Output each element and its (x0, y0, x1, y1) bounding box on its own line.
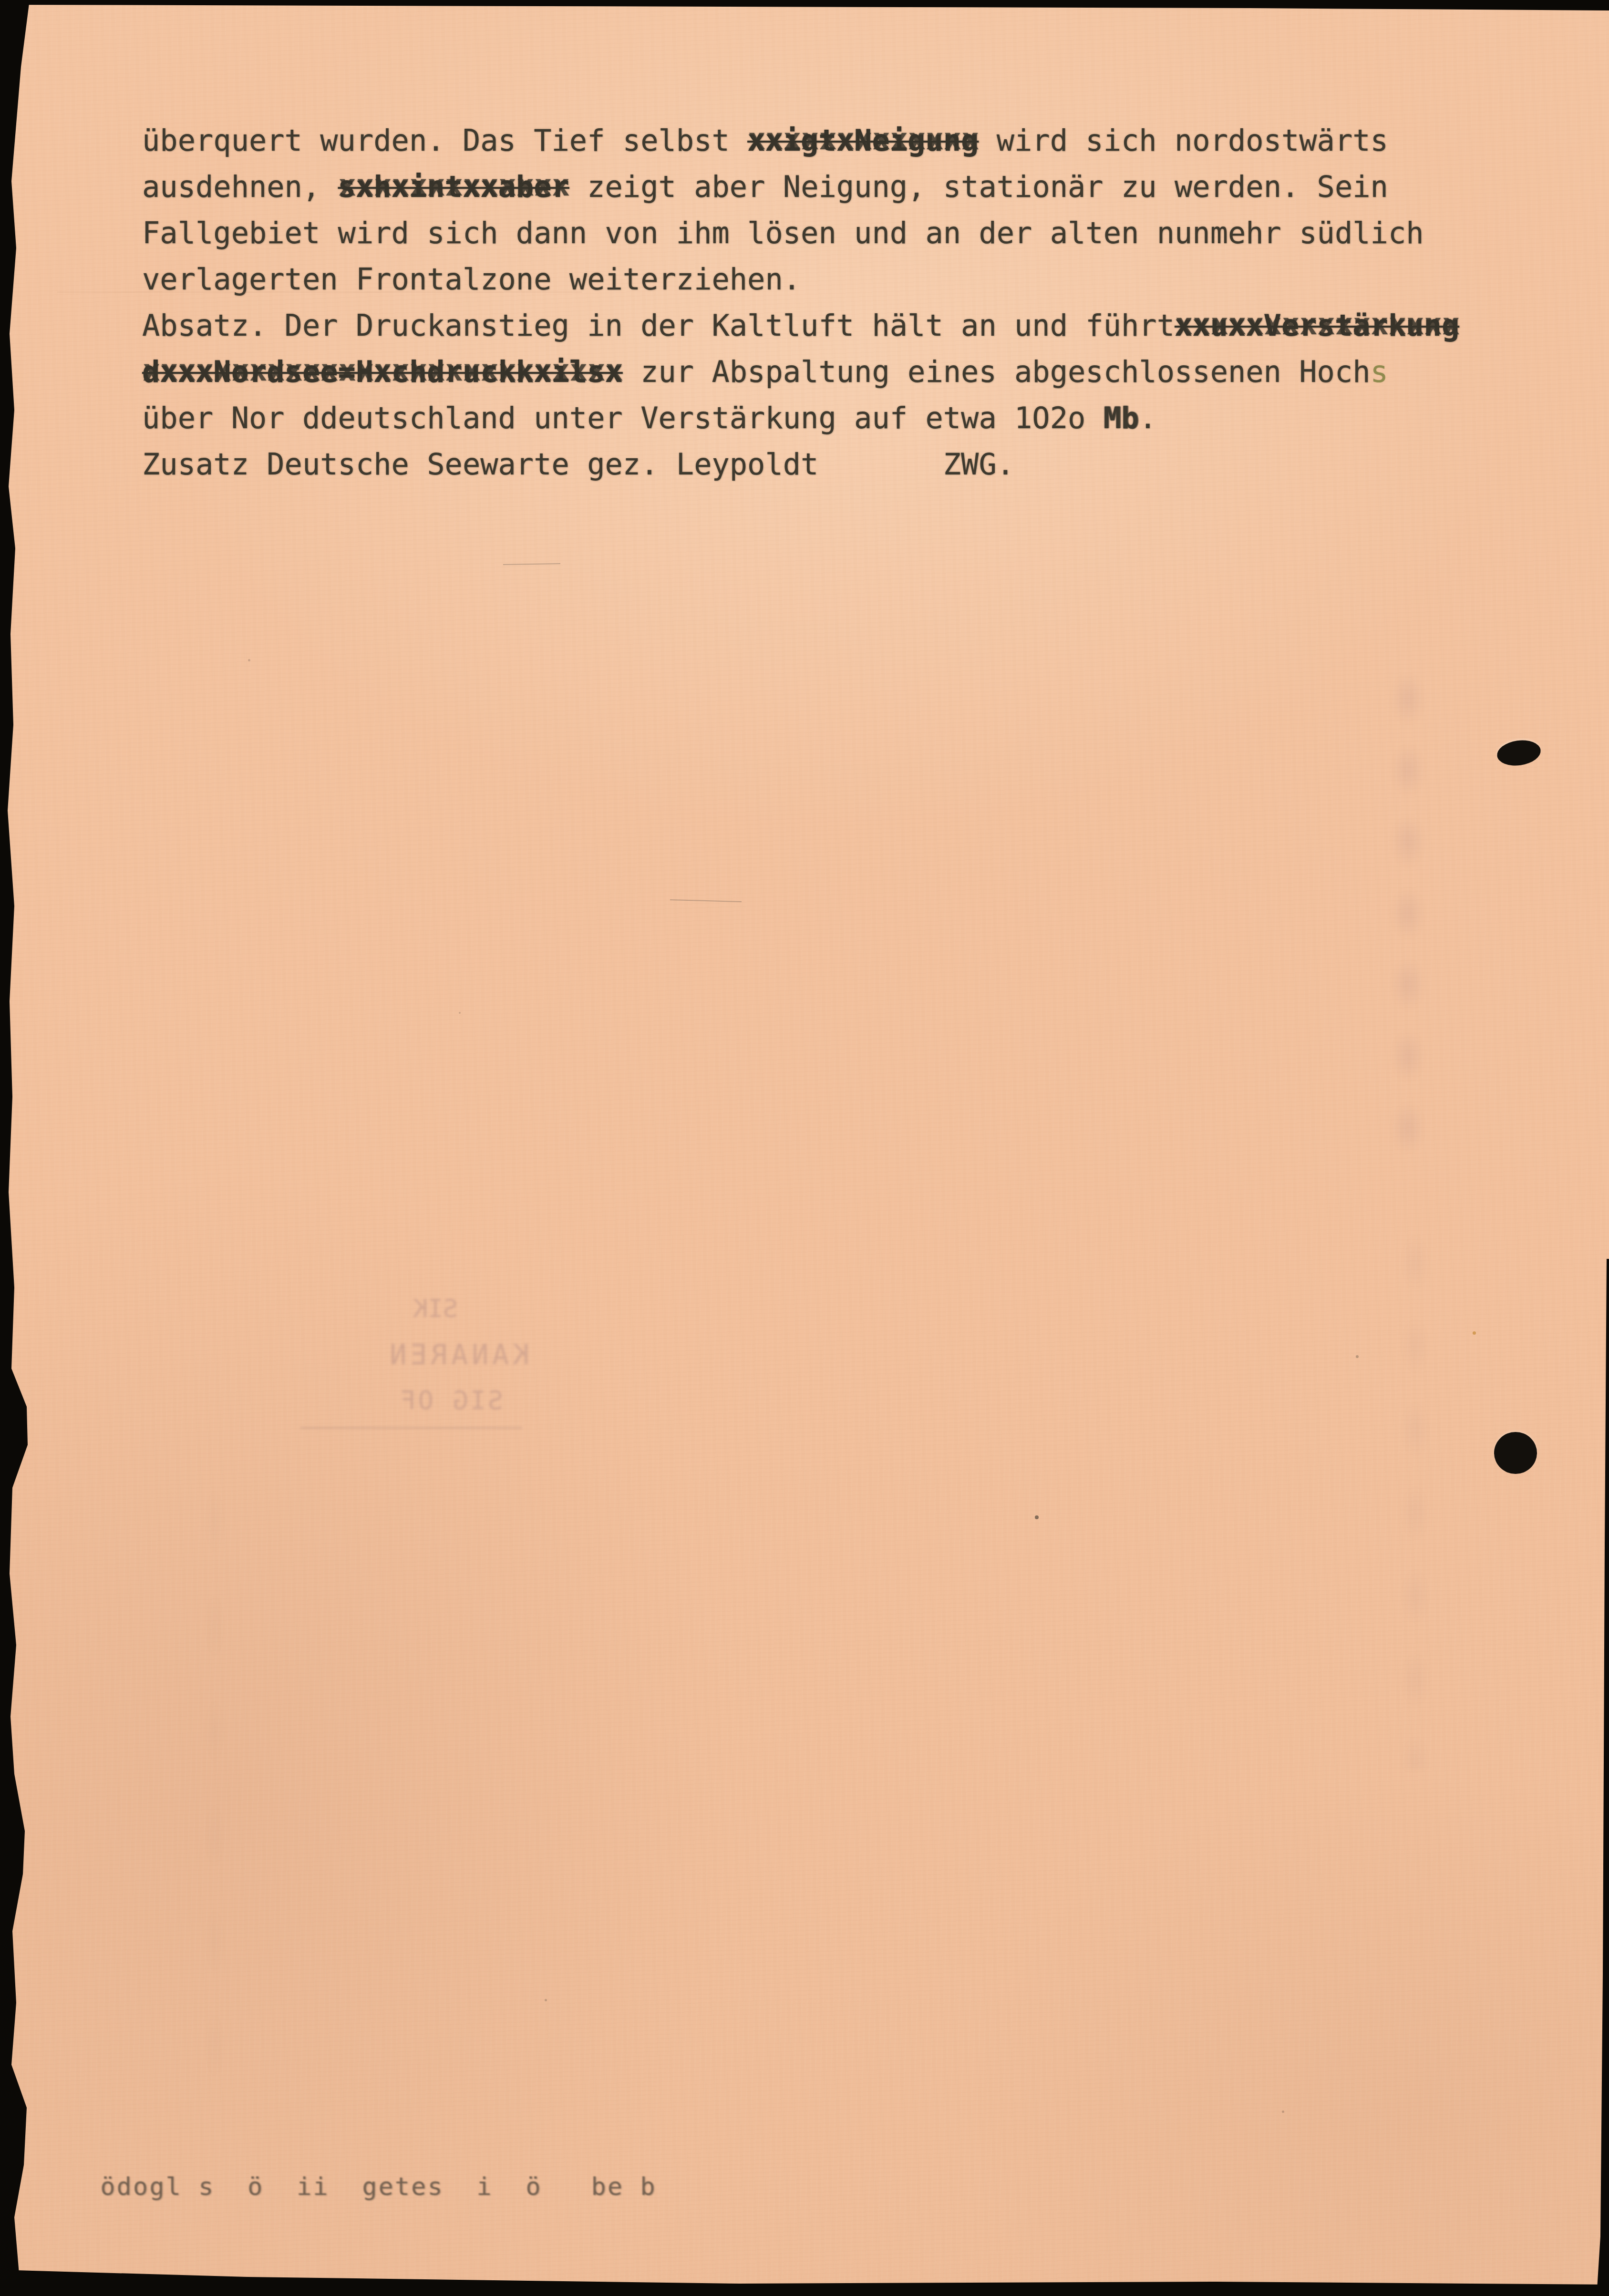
scratch-hairline (670, 899, 742, 902)
ink-offset-smudge-column (200, 1469, 234, 2089)
mirrored-ghost-text-block: SIKKANARENSIG OF (281, 1295, 529, 1452)
punch-hole (1494, 1432, 1537, 1474)
typed-line: Zusatz Deutsche Seewarte gez. Leypoldt Z… (142, 441, 1535, 487)
mirrored-ghost-text: SIK (413, 1295, 458, 1323)
torn-edge-left (0, 0, 38, 2296)
typed-text-run: überquert wurden. Das Tief selbst (142, 117, 747, 164)
overstruck-text-run: sxhxintxxaber (338, 164, 569, 210)
typed-line: ausdehnen, sxhxintxxaber zeigt aber Neig… (142, 164, 1535, 210)
typed-line: über Nor ddeutschland unter Verstärkung … (142, 395, 1535, 441)
overstruck-text-run: xxigtxNeigung (747, 117, 979, 164)
typed-line: Absatz. Der Druckanstieg in der Kaltluft… (142, 302, 1535, 349)
typed-text-run: ausdehnen, (142, 164, 338, 210)
paper-fleck (1473, 1331, 1476, 1335)
scanned-document-page: SIKKANARENSIG OF überquert wurden. Das T… (0, 0, 1609, 2296)
typed-line: überquert wurden. Das Tief selbst xxigtx… (142, 117, 1535, 164)
typed-line: verlagerten Frontalzone weiterziehen. (142, 256, 1535, 302)
mirrored-ghost-text: SIG OF (399, 1385, 503, 1415)
typed-text-run: Mb (1104, 395, 1139, 441)
typed-text-run: zur Abspaltung eines abgeschlossenen Hoc… (623, 349, 1371, 395)
ink-speck (459, 1012, 461, 1014)
mirrored-ghost-text: KANAREN (386, 1338, 529, 1371)
typed-text-run: wird sich nordostwärts (979, 117, 1388, 164)
ink-offset-smudge-column (1385, 663, 1447, 1168)
typed-line: dxxxNordsee=Hxchdruckkxilsx zur Abspaltu… (142, 349, 1535, 395)
typed-text-run: . (1139, 395, 1156, 441)
typed-text-run: Fallgebiet wird sich dann von ihm lösen … (142, 210, 1424, 256)
punch-hole (1496, 738, 1542, 768)
ink-speck (1035, 1515, 1039, 1519)
scan-edge-bottom (0, 2267, 1609, 2296)
scan-edge-right (1597, 1259, 1609, 2296)
typed-line: Fallgebiet wird sich dann von ihm lösen … (142, 210, 1535, 256)
ink-speck (248, 659, 250, 661)
overstruck-text-run: dxxxNordsee=Hxchdruckkxilsx (142, 349, 623, 395)
typed-text-block: überquert wurden. Das Tief selbst xxigtx… (142, 117, 1535, 487)
typed-text-run: verlagerten Frontalzone weiterziehen. (142, 256, 801, 302)
typed-text-run: s (1371, 349, 1388, 395)
ink-speck (1356, 1355, 1359, 1358)
ink-speck (545, 1999, 547, 2001)
overstruck-text-run: xxuxxVerstärkung (1175, 302, 1459, 349)
typed-text-run: Zusatz Deutsche Seewarte gez. Leypoldt Z… (142, 441, 1014, 487)
ghost-underline (300, 1427, 522, 1429)
ink-offset-smudge-column (1395, 1221, 1447, 1769)
illegible-ink-remnant: ödogl s ö ii getes i ö be b (100, 2172, 656, 2201)
scan-edge-top (0, 0, 1609, 12)
paper-crease-line (57, 292, 582, 292)
ink-speck (1282, 2111, 1284, 2113)
scratch-hairline (503, 563, 560, 565)
typed-text-run: über Nor ddeutschland unter Verstärkung … (142, 395, 1104, 441)
typed-text-run: Absatz. Der Druckanstieg in der Kaltluft… (142, 302, 1175, 349)
typed-text-run: zeigt aber Neigung, stationär zu werden.… (569, 164, 1388, 210)
